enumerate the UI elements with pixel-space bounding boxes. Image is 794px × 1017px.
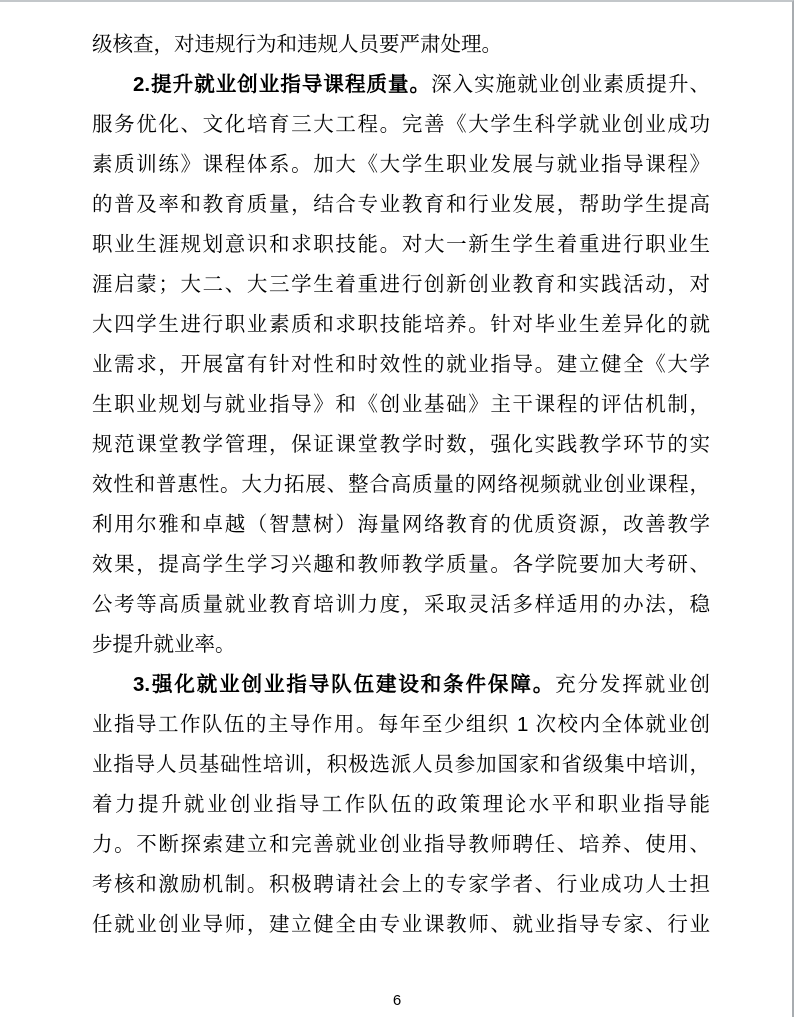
- text-segment: 生职业规划与就业指导》和《创业基础》主干课程的评估机制，: [92, 393, 710, 416]
- text-segment: 利用尔雅和卓越（智慧树）海量网络教育的优质资源，改善教学: [92, 513, 710, 536]
- text-line: 素质训练》课程体系。加大《大学生职业发展与就业指导课程》: [92, 145, 710, 185]
- text-segment: 力。不断探索建立和完善就业创业指导教师聘任、培养、使用、: [92, 833, 710, 856]
- text-line: 着力提升就业创业指导工作队伍的政策理论水平和职业指导能: [92, 785, 710, 825]
- text-segment: 规范课堂教学管理，保证课堂教学时数，强化实践教学环节的实: [92, 433, 710, 456]
- text-line: 任就业创业导师，建立健全由专业课教师、就业指导专家、行业: [92, 905, 710, 945]
- text-line: 涯启蒙；大二、大三学生着重进行创新创业教育和实践活动，对: [92, 265, 710, 305]
- document-page: 级核查，对违规行为和违规人员要严肃处理。2.提升就业创业指导课程质量。深入实施就…: [0, 0, 794, 1017]
- text-segment: 业指导工作队伍的主导作用。每年至少组织 1 次校内全体就业创: [92, 713, 710, 736]
- text-segment: 服务优化、文化培育三大工程。完善《大学生科学就业创业成功: [92, 113, 710, 136]
- text-segment: 的普及率和教育质量，结合专业教育和行业发展，帮助学生提高: [92, 193, 710, 216]
- text-line: 利用尔雅和卓越（智慧树）海量网络教育的优质资源，改善教学: [92, 505, 710, 545]
- text-line: 的普及率和教育质量，结合专业教育和行业发展，帮助学生提高: [92, 185, 710, 225]
- text-segment: 大四学生进行职业素质和求职技能培养。针对毕业生差异化的就: [92, 313, 710, 336]
- page-number: 6: [393, 992, 401, 1009]
- text-segment: 素质训练》课程体系。加大《大学生职业发展与就业指导课程》: [92, 153, 710, 176]
- text-segment: 着力提升就业创业指导工作队伍的政策理论水平和职业指导能: [92, 793, 710, 816]
- bold-heading-segment: 3.强化就业创业指导队伍建设和条件保障。: [133, 673, 555, 696]
- text-line: 职业生涯规划意识和求职技能。对大一新生学生着重进行职业生: [92, 225, 710, 265]
- paragraph-section-2: 2.提升就业创业指导课程质量。深入实施就业创业素质提升、服务优化、文化培育三大工…: [92, 65, 710, 665]
- text-segment: 考核和激励机制。积极聘请社会上的专家学者、行业成功人士担: [92, 873, 710, 896]
- text-line: 业指导人员基础性培训，积极选派人员参加国家和省级集中培训，: [92, 745, 710, 785]
- text-segment: 业需求，开展富有针对性和时效性的就业指导。建立健全《大学: [92, 353, 710, 376]
- text-line: 规范课堂教学管理，保证课堂教学时数，强化实践教学环节的实: [92, 425, 710, 465]
- text-line: 步提升就业率。: [92, 625, 710, 665]
- text-segment: 级核查，对违规行为和违规人员要严肃处理。: [92, 33, 502, 56]
- text-line: 大四学生进行职业素质和求职技能培养。针对毕业生差异化的就: [92, 305, 710, 345]
- text-line: 公考等高质量就业教育培训力度，采取灵活多样适用的办法，稳: [92, 585, 710, 625]
- text-line: 效性和普惠性。大力拓展、整合高质量的网络视频就业创业课程，: [92, 465, 710, 505]
- text-segment: 效性和普惠性。大力拓展、整合高质量的网络视频就业创业课程，: [92, 473, 710, 496]
- text-line: 生职业规划与就业指导》和《创业基础》主干课程的评估机制，: [92, 385, 710, 425]
- text-segment: 公考等高质量就业教育培训力度，采取灵活多样适用的办法，稳: [92, 593, 710, 616]
- text-line: 服务优化、文化培育三大工程。完善《大学生科学就业创业成功: [92, 105, 710, 145]
- text-segment: 充分发挥就业创: [555, 673, 710, 696]
- text-line: 考核和激励机制。积极聘请社会上的专家学者、行业成功人士担: [92, 865, 710, 905]
- text-line: 3.强化就业创业指导队伍建设和条件保障。充分发挥就业创: [92, 665, 710, 705]
- text-segment: 效果，提高学生学习兴趣和教师教学质量。各学院要加大考研、: [92, 553, 710, 576]
- document-body: 级核查，对违规行为和违规人员要严肃处理。2.提升就业创业指导课程质量。深入实施就…: [92, 25, 710, 945]
- text-segment: 业指导人员基础性培训，积极选派人员参加国家和省级集中培训，: [92, 753, 710, 776]
- text-segment: 任就业创业导师，建立健全由专业课教师、就业指导专家、行业: [92, 913, 710, 936]
- text-line: 2.提升就业创业指导课程质量。深入实施就业创业素质提升、: [92, 65, 710, 105]
- text-segment: 职业生涯规划意识和求职技能。对大一新生学生着重进行职业生: [92, 233, 710, 256]
- text-segment: 步提升就业率。: [92, 633, 236, 656]
- paragraph-section-3: 3.强化就业创业指导队伍建设和条件保障。充分发挥就业创业指导工作队伍的主导作用。…: [92, 665, 710, 945]
- text-line: 业需求，开展富有针对性和时效性的就业指导。建立健全《大学: [92, 345, 710, 385]
- text-line: 效果，提高学生学习兴趣和教师教学质量。各学院要加大考研、: [92, 545, 710, 585]
- text-line: 业指导工作队伍的主导作用。每年至少组织 1 次校内全体就业创: [92, 705, 710, 745]
- text-segment: 深入实施就业创业素质提升、: [431, 73, 710, 96]
- paragraph-continuation: 级核查，对违规行为和违规人员要严肃处理。: [92, 25, 710, 65]
- bold-heading-segment: 2.提升就业创业指导课程质量。: [133, 73, 431, 96]
- page-footer: 6: [0, 993, 794, 1008]
- text-line: 级核查，对违规行为和违规人员要严肃处理。: [92, 25, 710, 65]
- text-segment: 涯启蒙；大二、大三学生着重进行创新创业教育和实践活动，对: [92, 273, 710, 296]
- text-line: 力。不断探索建立和完善就业创业指导教师聘任、培养、使用、: [92, 825, 710, 865]
